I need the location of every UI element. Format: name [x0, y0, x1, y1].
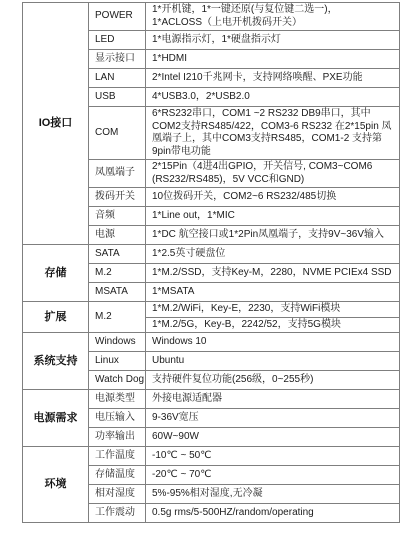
category-cell-expansion: 扩展: [23, 302, 89, 333]
spec-item-power-type: 电源类型: [89, 390, 146, 409]
spec-item-m2-expansion: M.2: [89, 302, 146, 333]
spec-item-power-button: POWER: [89, 3, 146, 31]
spec-desc-humidity: 5%-95%相对湿度,无冷凝: [146, 485, 400, 504]
spec-item-sata: SATA: [89, 245, 146, 264]
spec-desc-vibration: 0.5g rms/5-500HZ/random/operating: [146, 504, 400, 523]
spec-desc-m2-wifi: 1*M.2/WiFi，Key-E，2230，支持WiFi模块: [146, 302, 400, 318]
spec-item-linux: Linux: [89, 352, 146, 371]
spec-item-msata: MSATA: [89, 283, 146, 302]
spec-desc-power-button: 1*开机键，1*一键还原(与复位键二选一)， 1*ACLOSS（上电开机拨码开关…: [146, 3, 400, 31]
spec-item-com: COM: [89, 107, 146, 160]
spec-desc-sata: 1*2.5英寸硬盘位: [146, 245, 400, 264]
spec-desc-display: 1*HDMI: [146, 50, 400, 69]
spec-desc-linux: Ubuntu: [146, 352, 400, 371]
spec-item-storage-temp: 存储温度: [89, 466, 146, 485]
spec-item-voltage-input: 电压输入: [89, 409, 146, 428]
spec-desc-dip-switch: 10位拨码开关，COM2~6 RS232/485切换: [146, 188, 400, 207]
spec-desc-phoenix-terminal: 2*15Pin（4进4出GPIO，开关信号, COM3~COM6 (RS232/…: [146, 160, 400, 188]
category-cell-environment: 环境: [23, 447, 89, 523]
table-row: 环境 工作温度 -10℃ ~ 50℃: [23, 447, 400, 466]
spec-item-vibration: 工作震动: [89, 504, 146, 523]
spec-item-power-input: 电源: [89, 226, 146, 245]
spec-desc-windows: Windows 10: [146, 333, 400, 352]
spec-desc-com: 6*RS232串口，COM1 ~2 RS232 DB9串口，其中COM2支持RS…: [146, 107, 400, 160]
spec-desc-m2-5g: 1*M.2/5G，Key-B，2242/52，支持5G模块: [146, 317, 400, 333]
table-row: 系统支持 Windows Windows 10: [23, 333, 400, 352]
spec-item-led: LED: [89, 31, 146, 50]
spec-item-power-output: 功率输出: [89, 428, 146, 447]
spec-desc-audio: 1*Line out，1*MIC: [146, 207, 400, 226]
spec-item-dip-switch: 拨码开关: [89, 188, 146, 207]
spec-sheet-page: IO接口 POWER 1*开机键，1*一键还原(与复位键二选一)， 1*ACLO…: [0, 0, 416, 543]
spec-item-phoenix-terminal: 凤凰端子: [89, 160, 146, 188]
spec-table: IO接口 POWER 1*开机键，1*一键还原(与复位键二选一)， 1*ACLO…: [22, 2, 400, 523]
spec-desc-voltage-input: 9-36V宽压: [146, 409, 400, 428]
table-row: 存储 SATA 1*2.5英寸硬盘位: [23, 245, 400, 264]
table-row: IO接口 POWER 1*开机键，1*一键还原(与复位键二选一)， 1*ACLO…: [23, 3, 400, 31]
table-row: 电源需求 电源类型 外接电源适配器: [23, 390, 400, 409]
spec-item-m2-storage: M.2: [89, 264, 146, 283]
spec-desc-m2-storage: 1*M.2/SSD，支持Key-M，2280，NVME PCIEx4 SSD: [146, 264, 400, 283]
category-cell-os-support: 系统支持: [23, 333, 89, 390]
spec-desc-operating-temp: -10℃ ~ 50℃: [146, 447, 400, 466]
spec-item-audio: 音频: [89, 207, 146, 226]
spec-item-watchdog: Watch Dog: [89, 371, 146, 390]
spec-desc-power-input: 1*DC 航空接口或1*2Pin凤凰端子，支持9V~36V输入: [146, 226, 400, 245]
spec-desc-watchdog: 支持硬件复位功能(256级，0~255秒): [146, 371, 400, 390]
spec-desc-storage-temp: -20℃ ~ 70℃: [146, 466, 400, 485]
spec-item-display: 显示接口: [89, 50, 146, 69]
spec-item-windows: Windows: [89, 333, 146, 352]
spec-item-humidity: 相对湿度: [89, 485, 146, 504]
category-cell-power-req: 电源需求: [23, 390, 89, 447]
spec-desc-led: 1*电源指示灯，1*硬盘指示灯: [146, 31, 400, 50]
table-row: 扩展 M.2 1*M.2/WiFi，Key-E，2230，支持WiFi模块: [23, 302, 400, 318]
spec-item-lan: LAN: [89, 69, 146, 88]
spec-desc-lan: 2*Intel I210千兆网卡，支持网络唤醒、PXE功能: [146, 69, 400, 88]
spec-desc-power-type: 外接电源适配器: [146, 390, 400, 409]
spec-desc-power-output: 60W~90W: [146, 428, 400, 447]
category-cell-io: IO接口: [23, 3, 89, 245]
spec-desc-usb: 4*USB3.0，2*USB2.0: [146, 88, 400, 107]
spec-desc-msata: 1*MSATA: [146, 283, 400, 302]
category-cell-storage: 存储: [23, 245, 89, 302]
spec-item-operating-temp: 工作温度: [89, 447, 146, 466]
spec-item-usb: USB: [89, 88, 146, 107]
